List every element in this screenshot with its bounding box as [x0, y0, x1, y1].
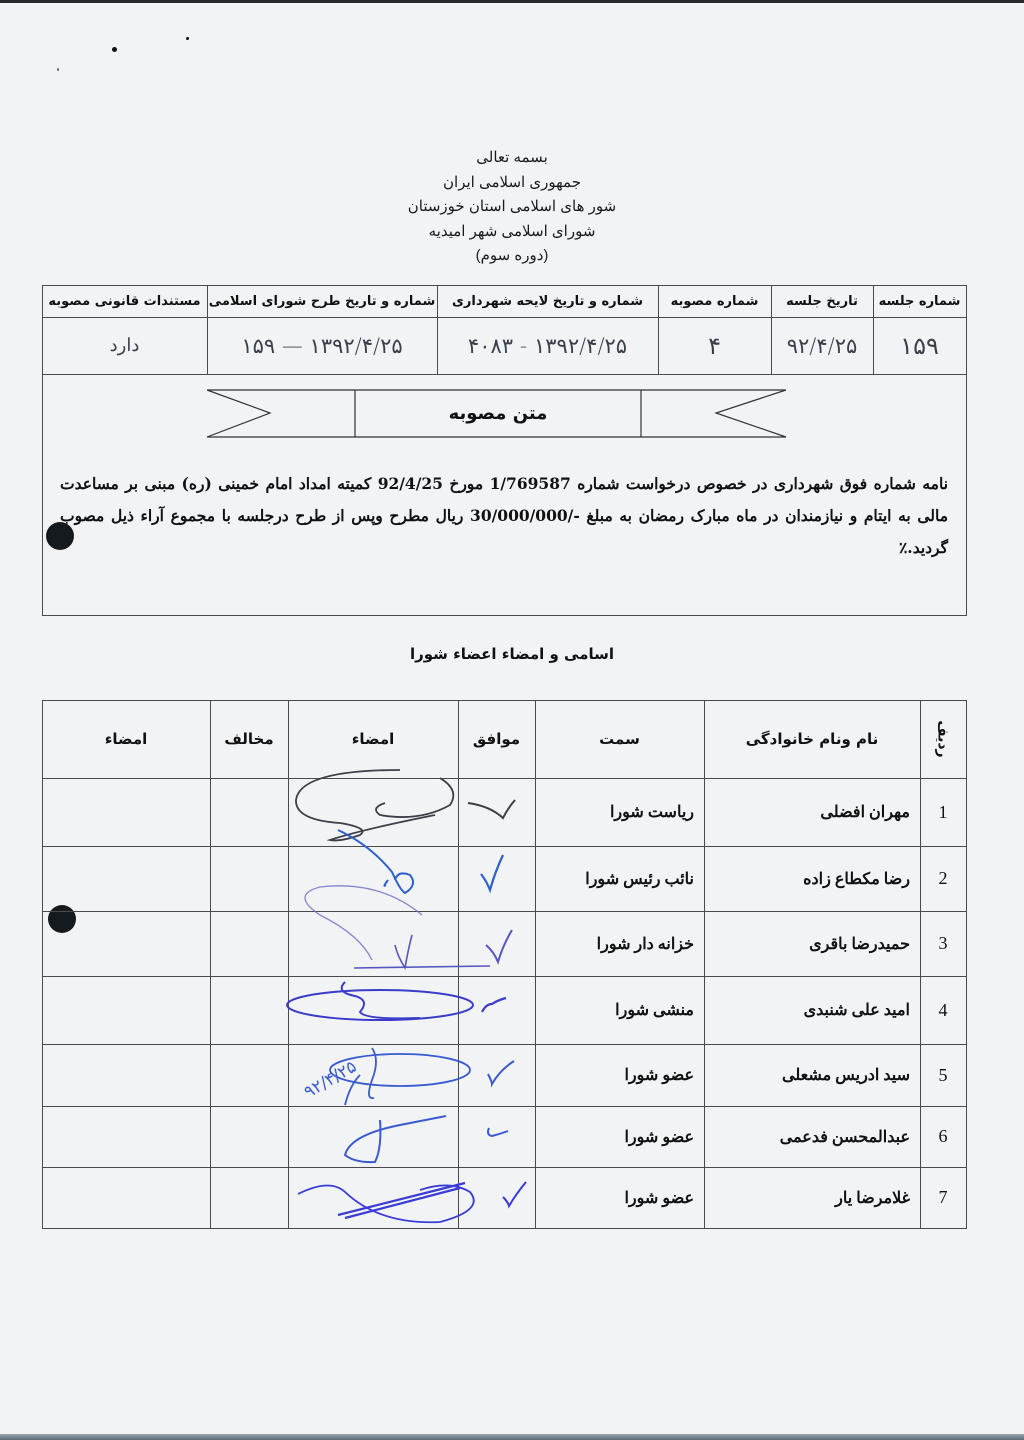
member-signatures: ۹۲/۴/۲۵ [0, 0, 1024, 1440]
signature-row-1 [296, 770, 453, 840]
signature-row-3 [354, 935, 490, 968]
signature-row-4b [342, 982, 420, 1018]
signature-row-4 [287, 990, 473, 1020]
signature-row-6 [345, 1116, 446, 1162]
signature-row-2 [338, 830, 413, 893]
signature-row-5-date: ۹۲/۴/۲۵ [301, 1057, 360, 1103]
signature-row-2b [305, 886, 422, 960]
signature-row-7b [338, 1183, 465, 1218]
